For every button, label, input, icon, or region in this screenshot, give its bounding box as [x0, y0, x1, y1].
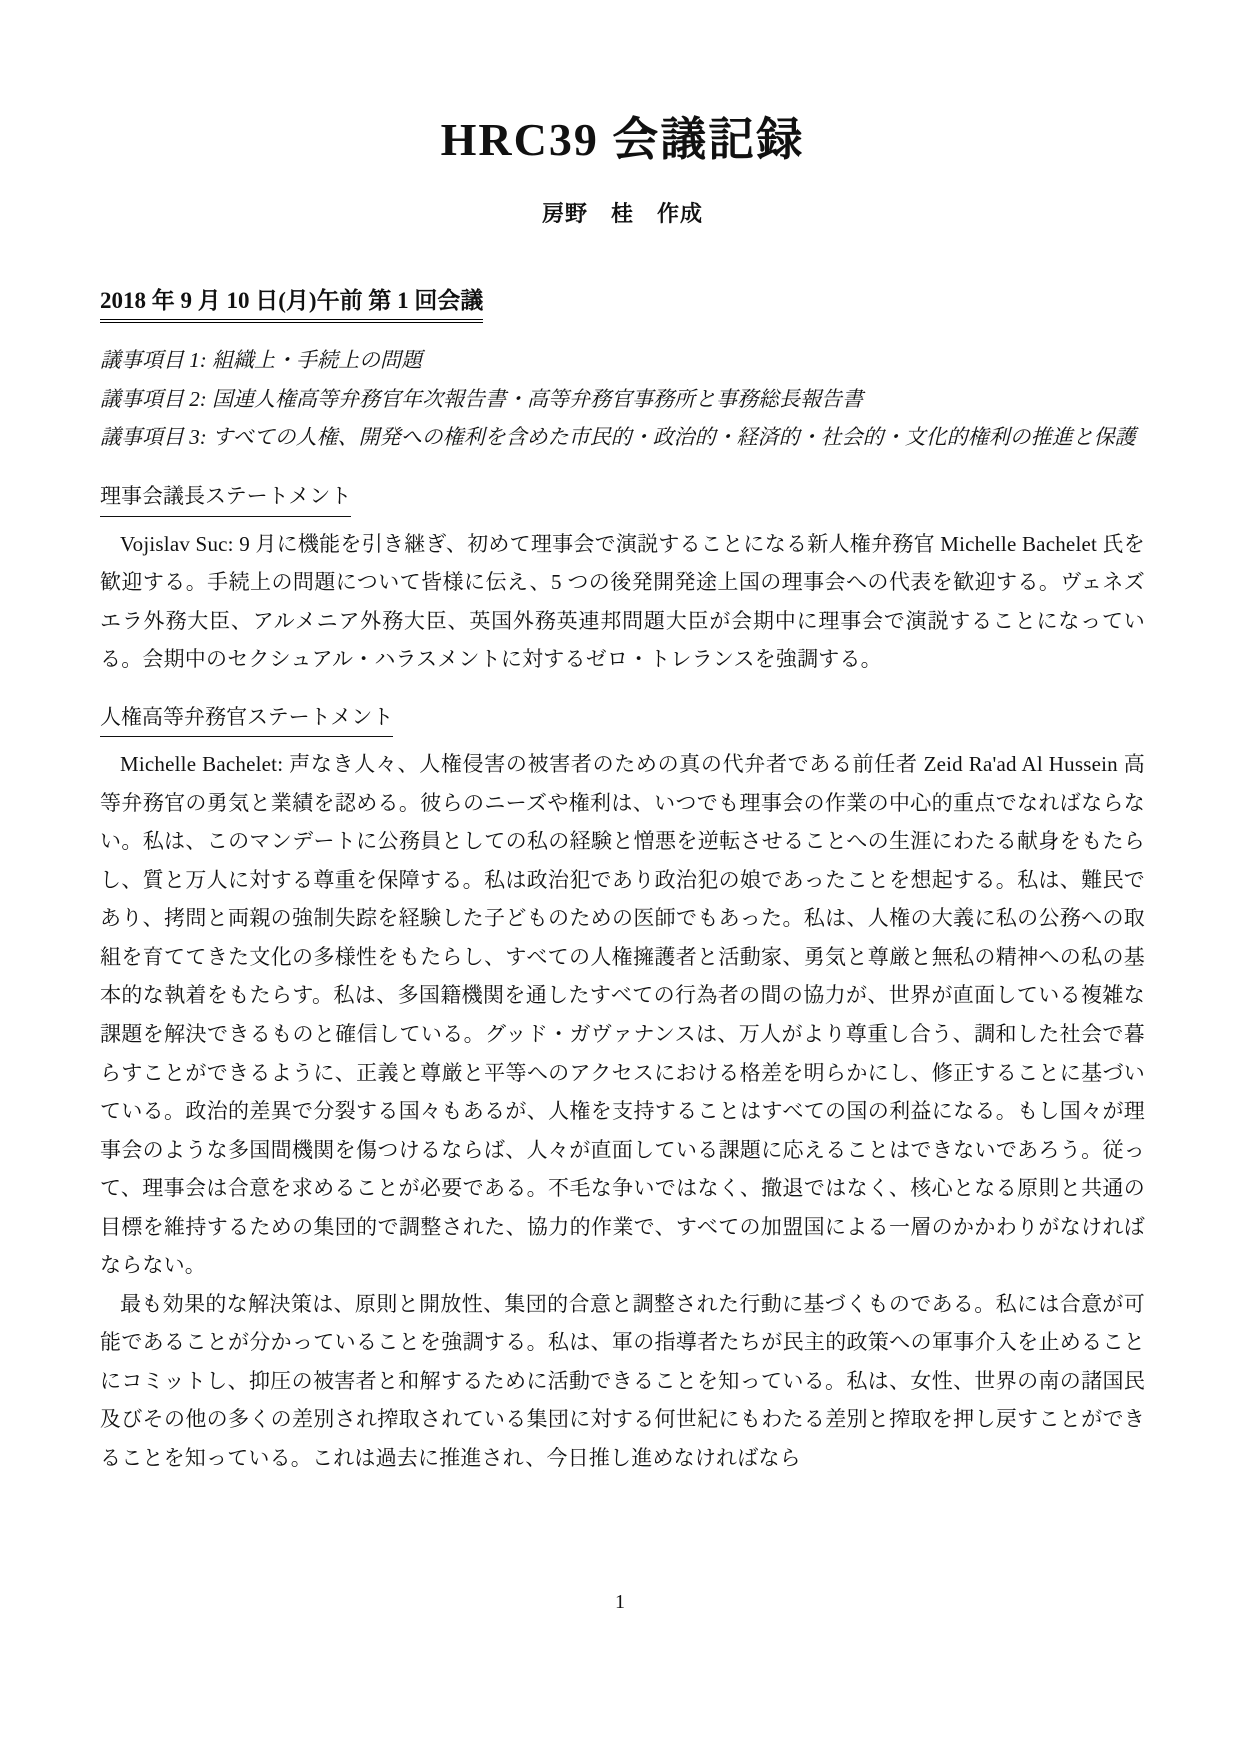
agenda-item-1: 議事項目 1: 組織上・手続上の問題	[100, 341, 1145, 379]
document-page: HRC39 会議記録 房野 桂 作成 2018 年 9 月 10 日(月)午前 …	[0, 0, 1240, 1754]
chair-statement-paragraph: Vojislav Suc: 9 月に機能を引き継ぎ、初めて理事会で演説することに…	[100, 525, 1145, 679]
chair-statement-heading: 理事会議長ステートメント	[100, 482, 1145, 516]
high-commissioner-paragraph-1: Michelle Bachelet: 声なき人々、人権侵害の被害者のための真の代…	[100, 745, 1145, 1284]
section-chair-statement: 理事会議長ステートメント Vojislav Suc: 9 月に機能を引き継ぎ、初…	[100, 482, 1145, 679]
chair-statement-heading-text: 理事会議長ステートメント	[100, 482, 351, 516]
agenda-item-3: 議事項目 3: すべての人権、開発への権利を含めた市民的・政治的・経済的・社会的…	[100, 418, 1145, 456]
page-number: 1	[0, 1591, 1240, 1614]
session-heading: 2018 年 9 月 10 日(月)午前 第 1 回会議	[100, 286, 1145, 323]
document-title: HRC39 会議記録	[100, 112, 1145, 167]
agenda-list: 議事項目 1: 組織上・手続上の問題 議事項目 2: 国連人権高等弁務官年次報告…	[100, 341, 1145, 456]
high-commissioner-heading-text: 人権高等弁務官ステートメント	[100, 703, 393, 737]
agenda-item-2: 議事項目 2: 国連人権高等弁務官年次報告書・高等弁務官事務所と事務総長報告書	[100, 380, 1145, 418]
section-high-commissioner-statement: 人権高等弁務官ステートメント Michelle Bachelet: 声なき人々、…	[100, 703, 1145, 1477]
session-heading-text: 2018 年 9 月 10 日(月)午前 第 1 回会議	[100, 286, 483, 323]
author-line: 房野 桂 作成	[100, 197, 1145, 228]
high-commissioner-paragraph-2: 最も効果的な解決策は、原則と開放性、集団的合意と調整された行動に基づくものである…	[100, 1285, 1145, 1478]
high-commissioner-heading: 人権高等弁務官ステートメント	[100, 703, 1145, 737]
